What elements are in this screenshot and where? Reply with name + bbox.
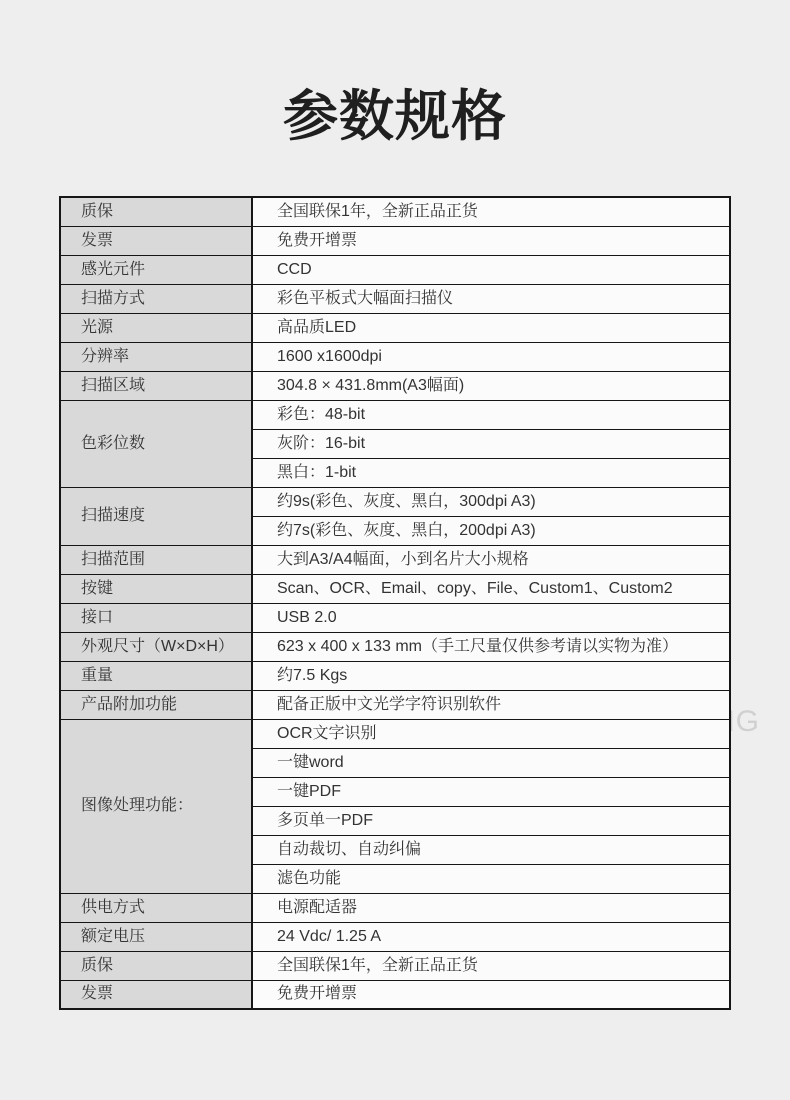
spec-value-cell: 免费开增票: [252, 226, 730, 255]
spec-value-cell: 免费开增票: [252, 980, 730, 1009]
spec-value-cell: 彩色平板式大幅面扫描仪: [252, 284, 730, 313]
spec-row: 发票免费开增票: [60, 226, 730, 255]
spec-row: 扫描区域304.8 × 431.8mm(A3幅面): [60, 371, 730, 400]
spec-row: 色彩位数彩色：48-bit: [60, 400, 730, 429]
spec-row: 重量约7.5 Kgs: [60, 661, 730, 690]
spec-label-cell: 扫描速度: [60, 487, 252, 545]
spec-value-cell: 彩色：48-bit: [252, 400, 730, 429]
spec-row: 质保全国联保1年，全新正品正货: [60, 197, 730, 226]
spec-row: 发票免费开增票: [60, 980, 730, 1009]
spec-table: 质保全国联保1年，全新正品正货发票免费开增票感光元件CCD扫描方式彩色平板式大幅…: [59, 196, 731, 1010]
spec-row: 接口USB 2.0: [60, 603, 730, 632]
spec-label-cell: 扫描范围: [60, 545, 252, 574]
spec-row: 光源高品质LED: [60, 313, 730, 342]
spec-label-cell: 色彩位数: [60, 400, 252, 487]
spec-label-cell: 发票: [60, 980, 252, 1009]
spec-value-cell: 24 Vdc/ 1.25 A: [252, 922, 730, 951]
spec-value-cell: 约7s(彩色、灰度、黑白，200dpi A3): [252, 516, 730, 545]
spec-row: 额定电压24 Vdc/ 1.25 A: [60, 922, 730, 951]
spec-label-cell: 分辨率: [60, 342, 252, 371]
spec-row: 外观尺寸（W×D×H）623 x 400 x 133 mm（手工尺量仅供参考请以…: [60, 632, 730, 661]
spec-value-cell: 高品质LED: [252, 313, 730, 342]
spec-row: 质保全国联保1年，全新正品正货: [60, 951, 730, 980]
spec-value-cell: 灰阶：16-bit: [252, 429, 730, 458]
spec-label-cell: 扫描方式: [60, 284, 252, 313]
spec-value-cell: 滤色功能: [252, 864, 730, 893]
spec-value-cell: 全国联保1年，全新正品正货: [252, 197, 730, 226]
spec-value-cell: 304.8 × 431.8mm(A3幅面): [252, 371, 730, 400]
spec-value-cell: 黑白：1-bit: [252, 458, 730, 487]
spec-value-cell: CCD: [252, 255, 730, 284]
spec-row: 扫描方式彩色平板式大幅面扫描仪: [60, 284, 730, 313]
spec-label-cell: 图像处理功能：: [60, 719, 252, 893]
spec-label-cell: 质保: [60, 197, 252, 226]
spec-value-cell: 全国联保1年，全新正品正货: [252, 951, 730, 980]
spec-label-cell: 外观尺寸（W×D×H）: [60, 632, 252, 661]
spec-value-cell: 一键PDF: [252, 777, 730, 806]
spec-value-cell: 配备正版中文光学字符识别软件: [252, 690, 730, 719]
spec-label-cell: 按键: [60, 574, 252, 603]
spec-row: 扫描速度约9s(彩色、灰度、黑白，300dpi A3): [60, 487, 730, 516]
spec-value-cell: 自动裁切、自动纠偏: [252, 835, 730, 864]
spec-label-cell: 质保: [60, 951, 252, 980]
spec-value-cell: USB 2.0: [252, 603, 730, 632]
spec-row: 产品附加功能配备正版中文光学字符识别软件: [60, 690, 730, 719]
spec-value-cell: 大到A3/A4幅面，小到名片大小规格: [252, 545, 730, 574]
spec-label-cell: 发票: [60, 226, 252, 255]
spec-value-cell: Scan、OCR、Email、copy、File、Custom1、Custom2: [252, 574, 730, 603]
spec-value-cell: 电源配适器: [252, 893, 730, 922]
spec-label-cell: 光源: [60, 313, 252, 342]
spec-row: 扫描范围大到A3/A4幅面，小到名片大小规格: [60, 545, 730, 574]
spec-value-cell: 约9s(彩色、灰度、黑白，300dpi A3): [252, 487, 730, 516]
spec-value-cell: 623 x 400 x 133 mm（手工尺量仅供参考请以实物为准）: [252, 632, 730, 661]
spec-label-cell: 接口: [60, 603, 252, 632]
spec-label-cell: 扫描区域: [60, 371, 252, 400]
spec-label-cell: 额定电压: [60, 922, 252, 951]
spec-value-cell: 1600 x1600dpi: [252, 342, 730, 371]
spec-row: 图像处理功能：OCR文字识别: [60, 719, 730, 748]
spec-row: 分辨率1600 x1600dpi: [60, 342, 730, 371]
spec-row: 供电方式电源配适器: [60, 893, 730, 922]
spec-row: 感光元件CCD: [60, 255, 730, 284]
spec-label-cell: 产品附加功能: [60, 690, 252, 719]
spec-value-cell: 一键word: [252, 748, 730, 777]
spec-value-cell: OCR文字识别: [252, 719, 730, 748]
page-title: 参数规格: [0, 86, 790, 146]
spec-row: 按键Scan、OCR、Email、copy、File、Custom1、Custo…: [60, 574, 730, 603]
spec-label-cell: 供电方式: [60, 893, 252, 922]
spec-label-cell: 重量: [60, 661, 252, 690]
spec-label-cell: 感光元件: [60, 255, 252, 284]
spec-value-cell: 多页单一PDF: [252, 806, 730, 835]
spec-value-cell: 约7.5 Kgs: [252, 661, 730, 690]
